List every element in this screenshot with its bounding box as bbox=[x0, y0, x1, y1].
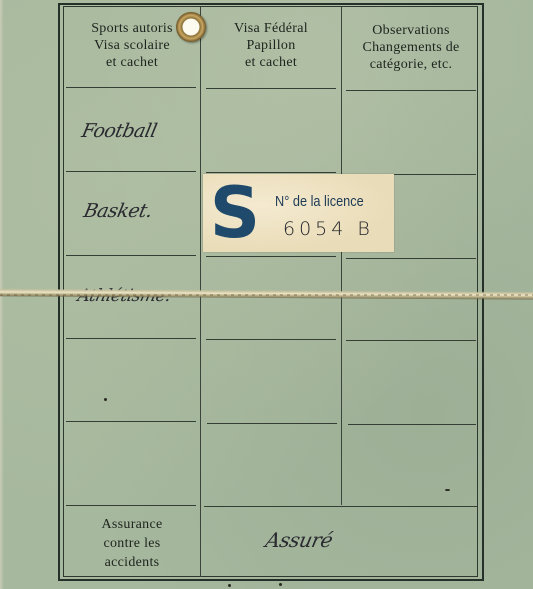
binding-string-twist bbox=[0, 294, 533, 296]
license-number-label: N° de la licence bbox=[275, 193, 364, 210]
header-line: Changements de bbox=[344, 39, 478, 56]
insurance-label-line: accidents bbox=[66, 553, 198, 572]
header-line: catégorie, etc. bbox=[344, 56, 478, 73]
header-line: Papillon bbox=[204, 37, 338, 54]
logo-letter: S bbox=[210, 172, 260, 254]
row-line bbox=[348, 424, 476, 425]
row-line bbox=[346, 258, 476, 259]
header-line: Observations bbox=[344, 22, 478, 39]
header-line: et cachet bbox=[204, 54, 338, 71]
row-line bbox=[206, 256, 336, 257]
row-line bbox=[66, 505, 196, 506]
insurance-value: Assuré bbox=[263, 528, 334, 552]
row-line bbox=[66, 171, 196, 172]
header-line: Visa Fédéral bbox=[204, 20, 338, 37]
row-line bbox=[66, 87, 196, 88]
s-logo-icon: S bbox=[209, 178, 261, 248]
license-sticker: S N° de la licence 6054 B bbox=[203, 174, 394, 252]
row-line bbox=[66, 421, 196, 422]
paper-speck bbox=[228, 584, 231, 587]
row-line bbox=[204, 506, 478, 507]
sport-entry-basket: Basket. bbox=[82, 200, 155, 222]
row-line bbox=[206, 339, 336, 340]
insurance-label-line: Assurance bbox=[66, 515, 198, 534]
eyelet-hole-icon bbox=[176, 12, 206, 42]
row-line bbox=[66, 255, 196, 256]
header-line: Visa scolaire bbox=[66, 37, 198, 54]
row-line bbox=[346, 90, 476, 91]
paper-speck bbox=[279, 583, 282, 586]
header-line: et cachet bbox=[66, 54, 198, 71]
column-header-federal-visa: Visa Fédéral Papillon et cachet bbox=[204, 20, 338, 71]
insurance-label-line: contre les bbox=[66, 534, 198, 553]
license-card-page: Sports autoris Visa scolaire et cachet V… bbox=[0, 0, 533, 589]
paper-speck bbox=[104, 398, 107, 401]
sport-entry-football: Football bbox=[80, 120, 159, 142]
row-line bbox=[207, 423, 337, 424]
row-line bbox=[206, 88, 336, 89]
row-line bbox=[66, 338, 196, 339]
column-divider-2 bbox=[341, 7, 342, 505]
license-number-value: 6054 B bbox=[283, 218, 374, 240]
insurance-label: Assurance contre les accidents bbox=[66, 515, 198, 572]
paper-speck bbox=[445, 489, 450, 491]
column-header-observations: Observations Changements de catégorie, e… bbox=[344, 22, 478, 73]
row-line bbox=[346, 340, 476, 341]
